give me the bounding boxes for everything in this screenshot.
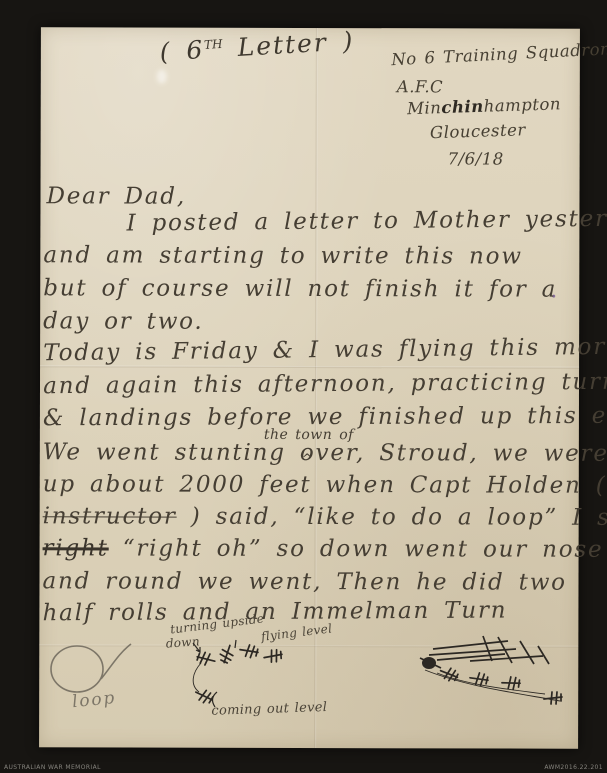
letter-line: day or two. — [43, 308, 203, 334]
address-afc: A.F.C — [397, 77, 443, 96]
salutation: Dear Dad, — [46, 183, 186, 209]
archive-catalog-number: AWM2016.22.201 — [544, 764, 603, 771]
address-county: Gloucester — [430, 120, 526, 142]
sketch-label-down: down — [165, 634, 200, 650]
line-rest: ) said, “like to do a loop” I said — [177, 504, 607, 531]
letter-line: and again this afternoon, practicing tur… — [43, 369, 607, 400]
sketch-label-coming-out-level: coming out level — [211, 700, 327, 719]
letter-line: but of course will not finish it for a — [43, 275, 557, 302]
letter-line: I posted a letter to Mother yesterday — [126, 205, 607, 236]
letter-line: half rolls and an Immelman Turn — [42, 597, 507, 626]
address-town-overwritten: chin — [441, 97, 484, 117]
address-town-post: hampton — [483, 94, 561, 115]
fold-crease-horizontal-lower — [39, 644, 578, 647]
letter-date: 7/6/18 — [448, 149, 504, 168]
address-squadron: No 6 Training Squadron — [391, 39, 607, 69]
paper-blemish — [157, 70, 167, 84]
letter-line: We went stunting over, Stroud, we were — [43, 439, 607, 466]
annotation-superscript: TH — [204, 37, 223, 52]
word-with-long-tbar: instructor — [43, 503, 177, 529]
letter-number-annotation: ( 6TH Letter ) — [159, 26, 355, 66]
letter-line: right “right oh” so down went our nose — [43, 535, 604, 562]
address-town-pre: Min — [407, 98, 442, 118]
crossed-out-word: right — [43, 535, 109, 561]
letter-line: instructor ) said, “like to do a loop” I… — [43, 503, 607, 531]
letter-line: and round we went, Then he did two — [42, 568, 566, 595]
address-town: Minchinhampton — [407, 94, 562, 118]
letter-paper: ( 6TH Letter ) No 6 Training Squadron A.… — [39, 27, 580, 748]
line-rest: “right oh” so down went our nose — [109, 535, 604, 562]
letter-line: Today is Friday & I was flying this morn… — [43, 333, 607, 366]
sketch-label-loop: loop — [71, 688, 117, 712]
archive-credit: AUSTRALIAN WAR MEMORIAL — [4, 764, 101, 771]
fold-crease-horizontal-upper — [40, 365, 579, 368]
letter-line: and am starting to write this now — [43, 242, 523, 269]
annotation-pre: ( 6 — [159, 35, 205, 67]
annotation-post: Letter ) — [222, 26, 355, 63]
scanned-letter-page: ( 6TH Letter ) No 6 Training Squadron A.… — [0, 0, 607, 773]
letter-line: up about 2000 feet when Capt Holden (my — [43, 471, 607, 499]
